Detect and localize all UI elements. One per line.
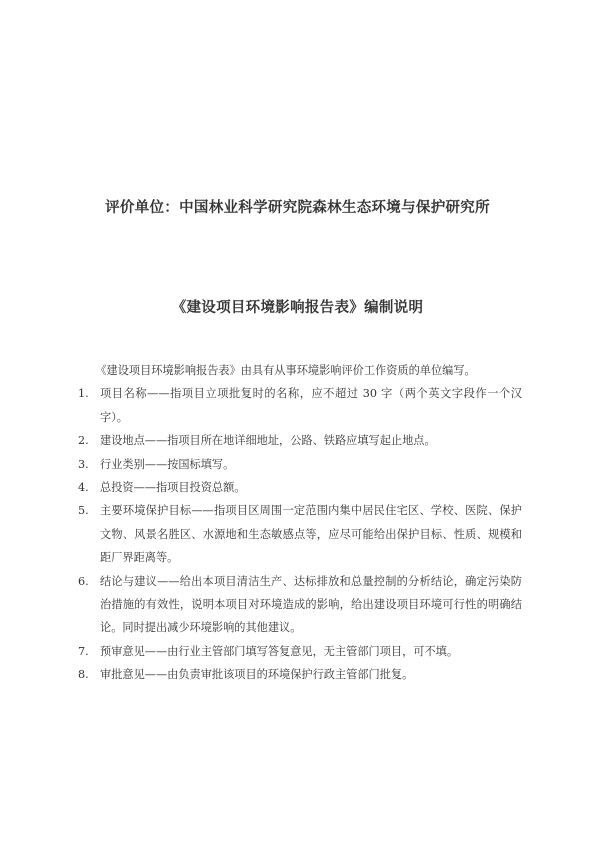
list-item-text: 项目名称——指项目立项批复时的名称，应不超过 30 字（两个英文字段作一个汉字）… — [100, 382, 522, 429]
intro-paragraph: 《建设项目环境影响报告表》由具有从事环境影响评价工作资质的单位编写。 — [78, 359, 522, 382]
document-body: 《建设项目环境影响报告表》由具有从事环境影响评价工作资质的单位编写。 1. 项目… — [78, 359, 522, 687]
list-item: 5. 主要环境保护目标——指项目区周围一定范围内集中居民住宅区、学校、医院、保护… — [78, 499, 522, 569]
list-item: 4. 总投资——指项目投资总额。 — [78, 476, 522, 499]
list-item-number: 4. — [78, 476, 100, 499]
list-item: 2. 建设地点——指项目所在地详细地址，公路、铁路应填写起止地点。 — [78, 429, 522, 452]
list-item-number: 6. — [78, 570, 100, 593]
list-item: 7. 预审意见——由行业主管部门填写答复意见，无主管部门项目，可不填。 — [78, 640, 522, 663]
list-item-text: 行业类别——按国标填写。 — [100, 453, 522, 476]
list-item-number: 8. — [78, 663, 100, 686]
list-item-number: 7. — [78, 640, 100, 663]
list-item-number: 3. — [78, 453, 100, 476]
list-item-text: 审批意见——由负责审批该项目的环境保护行政主管部门批复。 — [100, 663, 522, 686]
list-item: 1. 项目名称——指项目立项批复时的名称，应不超过 30 字（两个英文字段作一个… — [78, 382, 522, 429]
list-item-text: 总投资——指项目投资总额。 — [100, 476, 522, 499]
list-item-text: 结论与建议——给出本项目清洁生产、达标排放和总量控制的分析结论，确定污染防治措施… — [100, 570, 522, 640]
evaluator-unit-title: 评价单位：中国林业科学研究院森林生态环境与保护研究所 — [0, 0, 595, 218]
list-item: 8. 审批意见——由负责审批该项目的环境保护行政主管部门批复。 — [78, 663, 522, 686]
list-item-number: 1. — [78, 382, 100, 405]
compilation-notes-title: 《建设项目环境影响报告表》编制说明 — [0, 218, 595, 318]
list-item-number: 2. — [78, 429, 100, 452]
list-item-text: 建设地点——指项目所在地详细地址，公路、铁路应填写起止地点。 — [100, 429, 522, 452]
list-item-text: 主要环境保护目标——指项目区周围一定范围内集中居民住宅区、学校、医院、保护文物、… — [100, 499, 522, 569]
instruction-list: 1. 项目名称——指项目立项批复时的名称，应不超过 30 字（两个英文字段作一个… — [78, 382, 522, 686]
list-item-number: 5. — [78, 499, 100, 522]
list-item-text: 预审意见——由行业主管部门填写答复意见，无主管部门项目，可不填。 — [100, 640, 522, 663]
list-item: 6. 结论与建议——给出本项目清洁生产、达标排放和总量控制的分析结论，确定污染防… — [78, 570, 522, 640]
document-page: 评价单位：中国林业科学研究院森林生态环境与保护研究所 《建设项目环境影响报告表》… — [0, 0, 595, 841]
list-item: 3. 行业类别——按国标填写。 — [78, 453, 522, 476]
